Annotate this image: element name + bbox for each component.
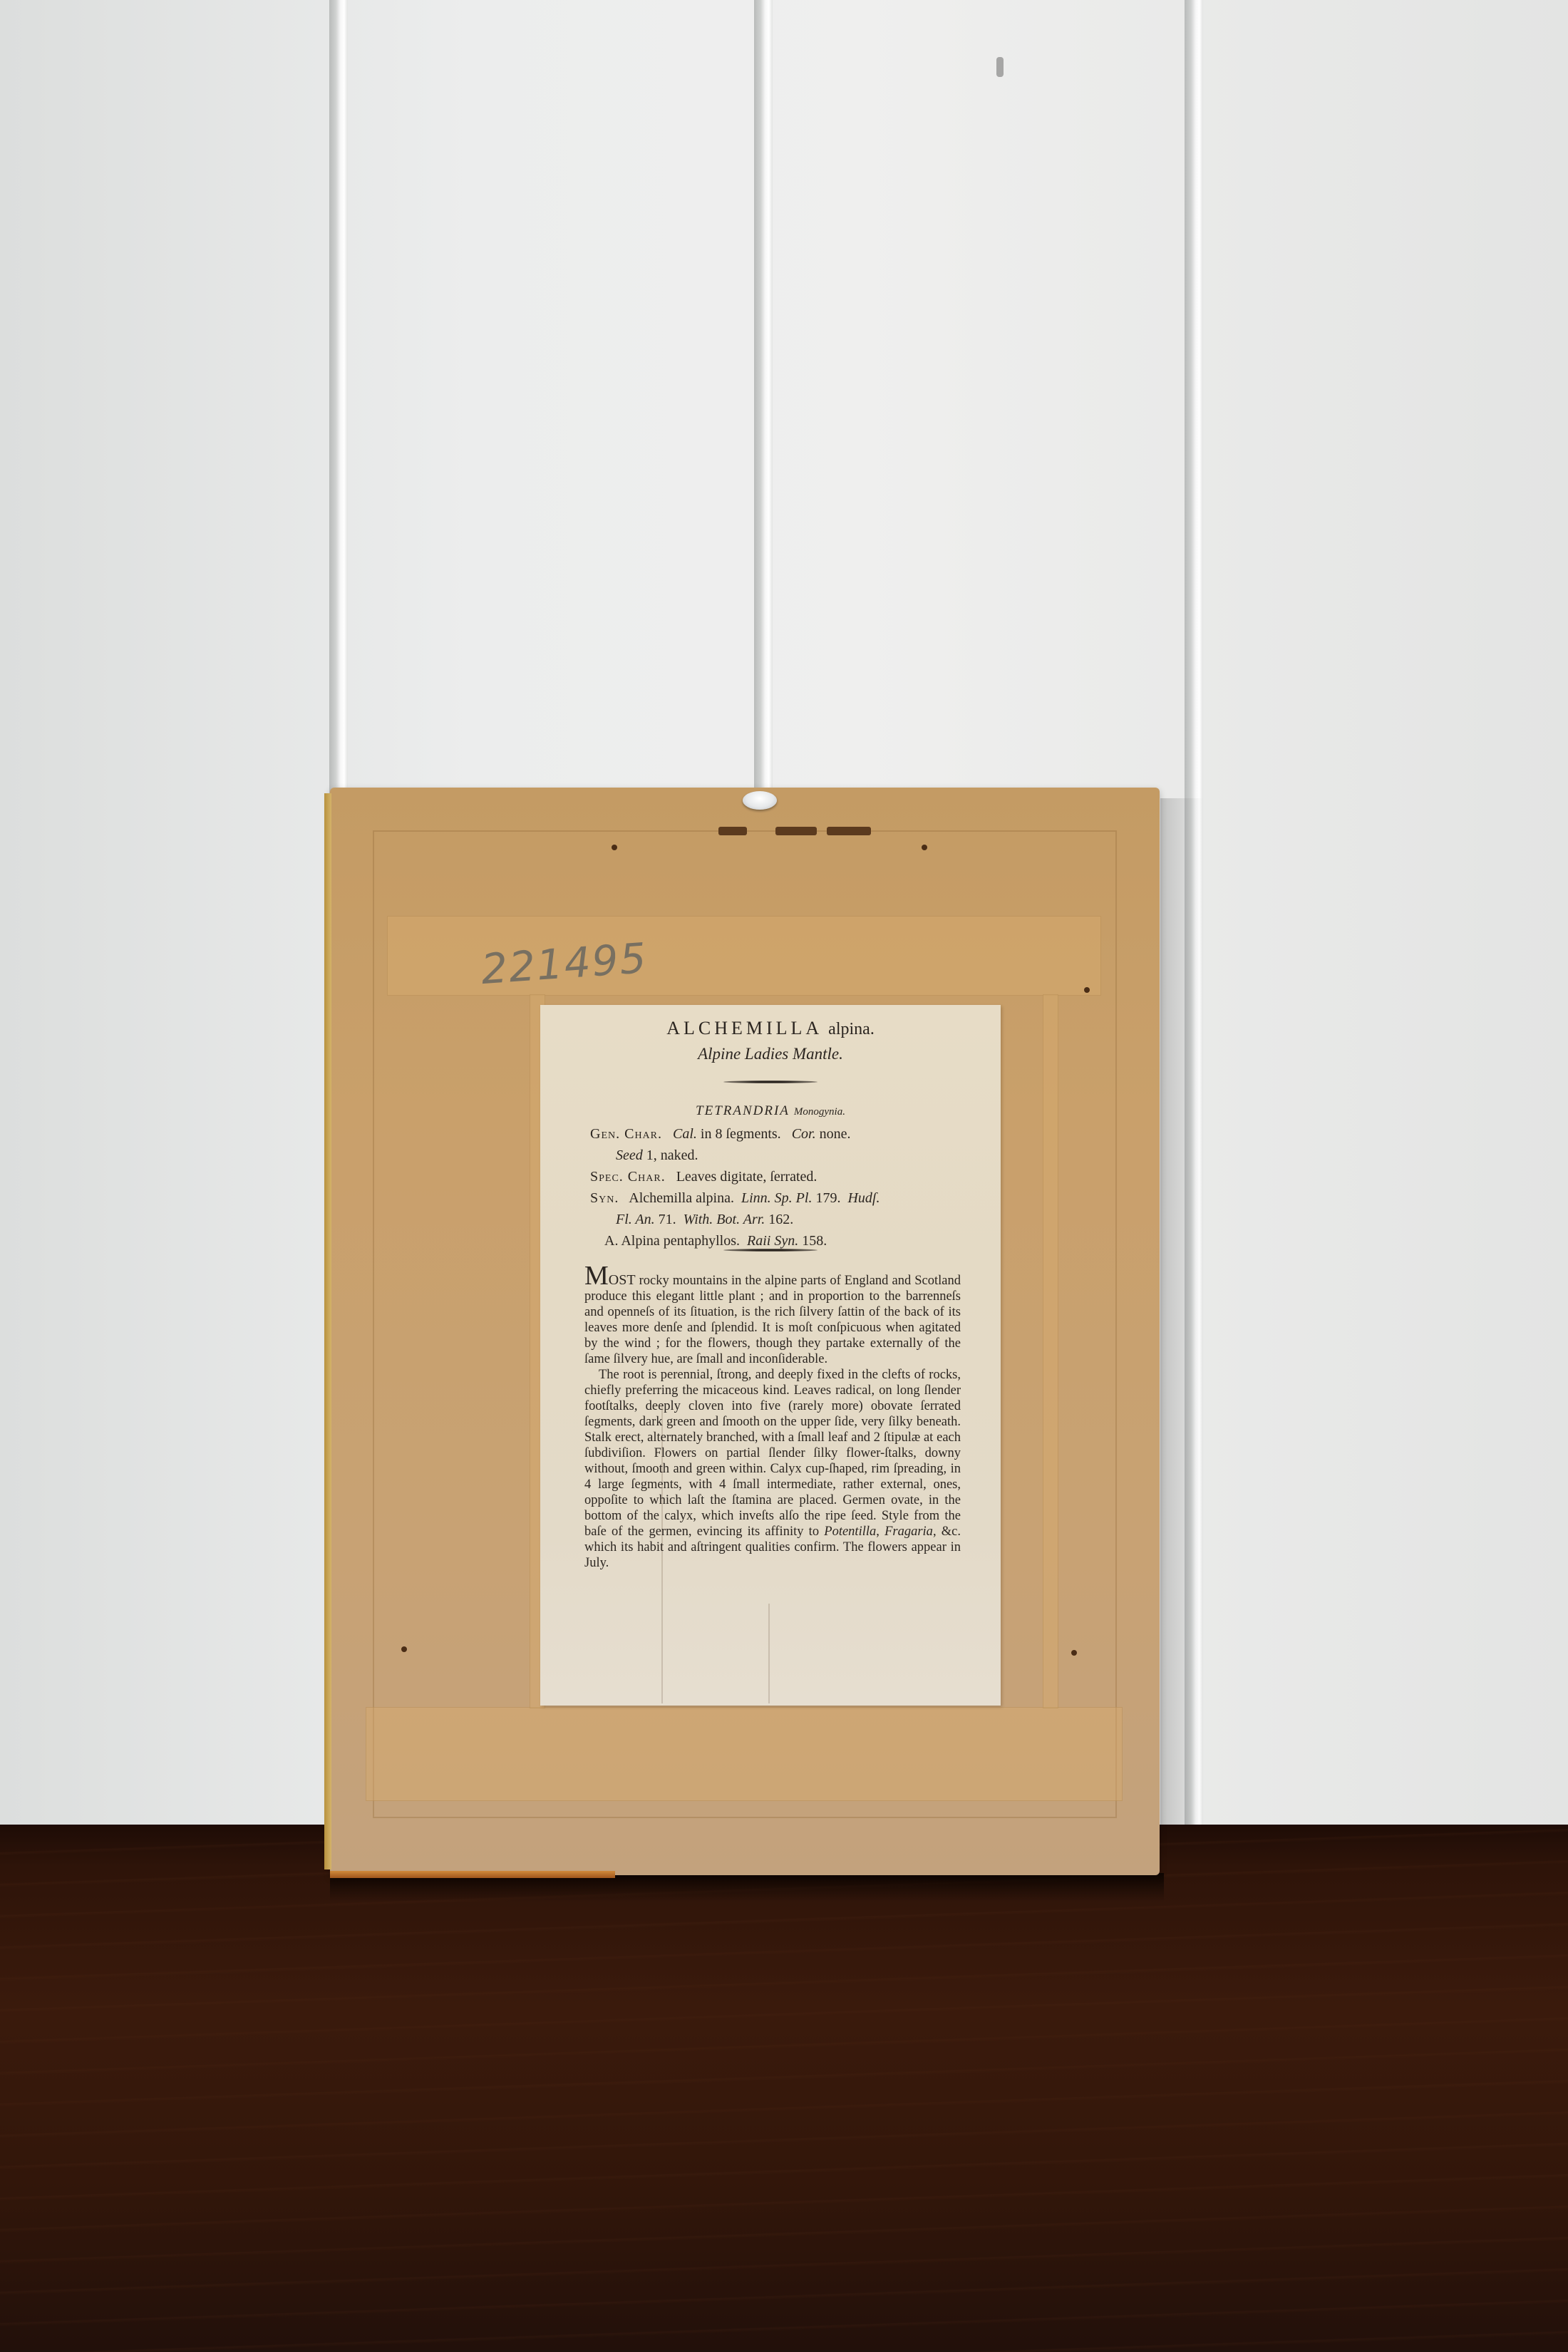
genus-reference: Fragaria — [884, 1525, 933, 1539]
spec-char-text: Leaves digitate, ſerrated. — [676, 1169, 817, 1185]
gen-char-label: Gen. Char. — [590, 1126, 662, 1142]
species-name: alpina. — [828, 1020, 875, 1038]
paragraph-description: The root is perennial, ſtrong, and deepl… — [584, 1367, 961, 1571]
generic-character-line: Gen. Char. Cal. in 8 ſegments. Cor. none… — [590, 1123, 962, 1145]
classis-name: TETRANDRIA — [696, 1103, 790, 1118]
hanging-ring — [743, 791, 777, 810]
calyx-abbrev: Cal. — [673, 1126, 697, 1142]
corolla-abbrev: Cor. — [792, 1126, 816, 1142]
syn-name-ray: A. Alpina pentaphyllos. — [604, 1233, 740, 1249]
syn-ref-page: 162. — [768, 1212, 793, 1227]
description-text: MOST rocky mountains in the alpine parts… — [584, 1267, 961, 1571]
linnaean-class: TETRANDRIAMonogynia. — [540, 1103, 1001, 1119]
syn-ref-withering: With. Bot. Arr. — [684, 1212, 765, 1227]
syn-ref-page: 71. — [659, 1212, 676, 1227]
frame-shadow — [1160, 798, 1203, 1825]
paragraph-habitat: MOST rocky mountains in the alpine parts… — [584, 1267, 961, 1367]
wall-scuff-mark — [996, 57, 1004, 77]
frame-nail — [1071, 1650, 1077, 1656]
seed-text: 1, naked. — [646, 1147, 698, 1163]
generic-character-line-2: Seed 1, naked. — [590, 1145, 962, 1166]
common-name: Alpine Ladies Mantle. — [540, 1045, 1001, 1063]
calyx-text: in 8 ſegments. — [701, 1126, 781, 1142]
gilt-frame-bottom-edge — [330, 1871, 615, 1878]
seed-label: Seed — [616, 1147, 643, 1163]
characters-section: Gen. Char. Cal. in 8 ſegments. Cor. none… — [590, 1123, 962, 1252]
syn-name: Alchemilla alpina. — [629, 1190, 734, 1206]
syn-ref-flora: Fl. An. — [616, 1212, 655, 1227]
frame-nail — [1084, 987, 1090, 993]
paper-tape-strip — [1043, 994, 1058, 1708]
ornamental-rule — [723, 1080, 817, 1083]
frame-nail — [612, 845, 617, 850]
frame-nail — [401, 1646, 407, 1652]
table-wood-grain — [0, 1825, 1568, 2352]
spec-char-label: Spec. Char. — [590, 1169, 666, 1185]
syn-label: Syn. — [590, 1190, 619, 1206]
paragraph-text: The root is perennial, ſtrong, and deepl… — [584, 1368, 961, 1539]
backing-cutout — [718, 827, 747, 835]
botanical-text-page: ALCHEMILLAalpina. Alpine Ladies Mantle. … — [540, 1005, 1001, 1706]
ordo-name: Monogynia. — [794, 1106, 845, 1118]
frame-nail — [922, 845, 927, 850]
gilt-frame-edge — [324, 793, 331, 1869]
paper-crease — [768, 1604, 770, 1703]
backing-cutout — [827, 827, 871, 835]
opening-small-caps: OST — [609, 1272, 636, 1288]
paragraph-text: rocky mountains in the alpine parts of E… — [584, 1274, 961, 1366]
ornamental-rule — [723, 1249, 817, 1252]
syn-ref-ray: Raii Syn. — [747, 1233, 798, 1249]
syn-ref-page: 179. — [815, 1190, 840, 1206]
syn-ref-linnaeus: Linn. Sp. Pl. — [741, 1190, 812, 1206]
syn-ref-hudson: Hudſ. — [847, 1190, 880, 1206]
synonym-line-1: Syn. Alchemilla alpina. Linn. Sp. Pl. 17… — [590, 1187, 962, 1209]
page-title: ALCHEMILLAalpina. — [540, 1018, 1001, 1039]
genus-name: ALCHEMILLA — [666, 1018, 822, 1038]
separator: , — [876, 1525, 884, 1539]
specific-character-line: Spec. Char. Leaves digitate, ſerrated. — [590, 1166, 962, 1187]
synonym-line-2: Fl. An. 71. With. Bot. Arr. 162. — [590, 1209, 962, 1230]
genus-reference: Potentilla — [824, 1525, 876, 1539]
syn-ref-page: 158. — [802, 1233, 827, 1249]
backing-cutout — [775, 827, 817, 835]
corolla-text: none. — [820, 1126, 851, 1142]
drop-cap: M — [584, 1261, 609, 1291]
paper-tape-strip — [366, 1707, 1123, 1801]
